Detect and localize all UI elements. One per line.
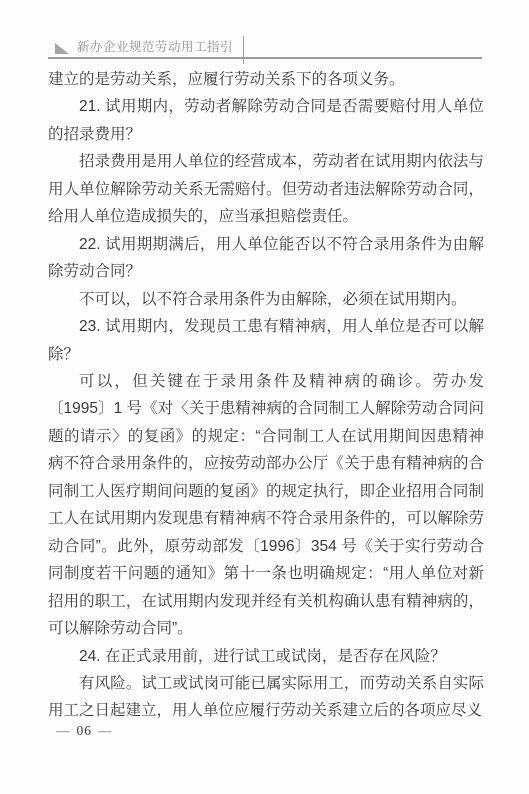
book-page: 新办企业规范劳动用工指引 建立的是劳动关系，应履行劳动关系下的各项义务。 21.…	[0, 0, 529, 794]
running-header-title: 新办企业规范劳动用工指引	[77, 37, 233, 57]
question-21: 21. 试用期内，劳动者解除劳动合同是否需要赔付用人单位的招录费用？	[48, 93, 484, 148]
folio-dash-right: —	[98, 723, 113, 738]
folio-dash-left: —	[56, 723, 71, 738]
corner-triangle-icon	[55, 43, 69, 54]
answer-22: 不可以，以不符合录用条件为由解除，必须在试用期内。	[48, 286, 484, 313]
answer-21: 招录费用是用人单位的经营成本，劳动者在试用期内依法与用人单位解除劳动关系无需赔付…	[48, 148, 484, 230]
question-24: 24. 在正式录用前，进行试工或试岗，是否存在风险？	[48, 643, 484, 670]
paragraph-continuation: 建立的是劳动关系，应履行劳动关系下的各项义务。	[48, 66, 484, 93]
page-body-text: 建立的是劳动关系，应履行劳动关系下的各项义务。 21. 试用期内，劳动者解除劳动…	[48, 66, 484, 725]
question-23: 23. 试用期内，发现员工患有精神病，用人单位是否可以解除？	[48, 313, 484, 368]
page-number: 06	[71, 723, 99, 738]
answer-23: 可以，但关键在于录用条件及精神病的确诊。劳办发〔1995〕1 号《对〈关于患精神…	[48, 368, 484, 643]
question-22: 22. 试用期期满后，用人单位能否以不符合录用条件为由解除劳动合同？	[48, 231, 484, 286]
header-vertical-divider	[243, 36, 244, 64]
answer-24: 有风险。试工或试岗可能已属实际用工，而劳动关系自实际用工之日起建立，用人单位应履…	[48, 670, 484, 725]
page-footer: —06—	[56, 723, 113, 739]
running-header: 新办企业规范劳动用工指引	[48, 33, 482, 59]
